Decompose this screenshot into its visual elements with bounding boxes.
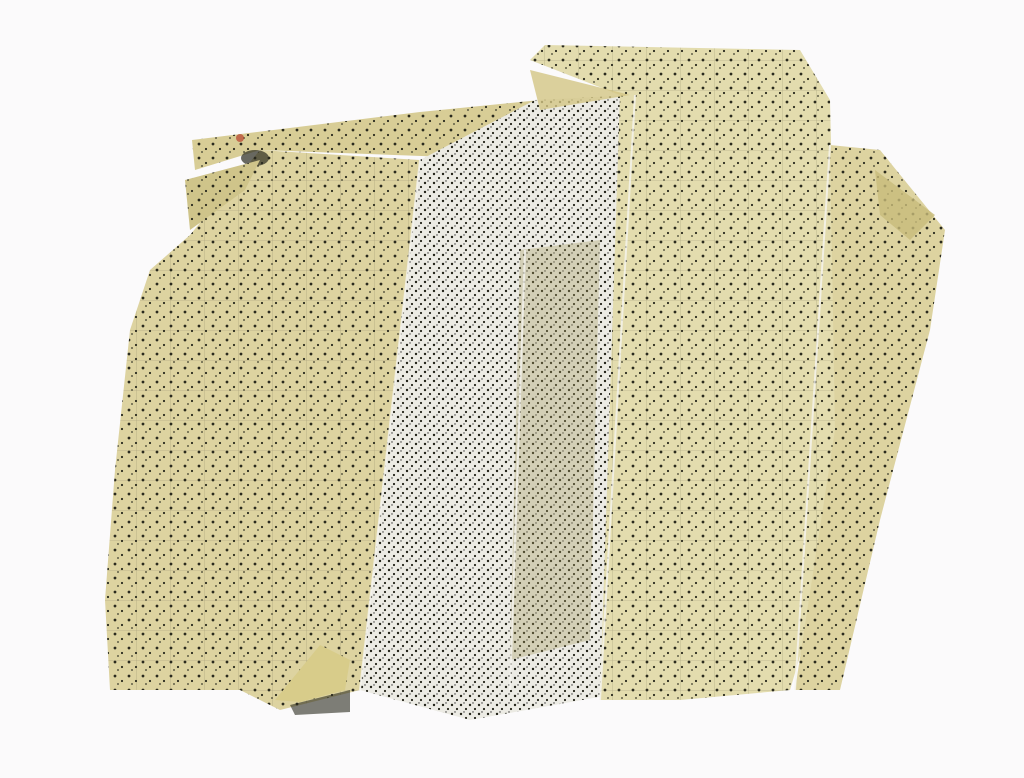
artwork-canvas <box>0 0 1024 778</box>
